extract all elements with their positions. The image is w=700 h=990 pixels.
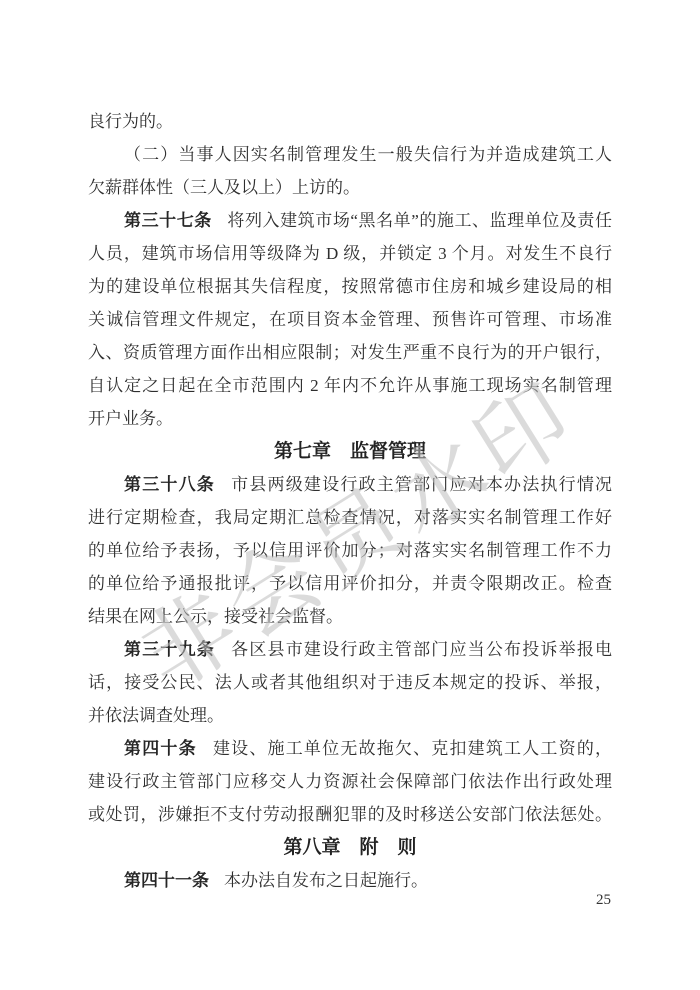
text-line: 进行定期检查，我局定期汇总检查情况，对落实实名制管理工作好 [88,501,612,534]
line-text: 建设行政主管部门应移交人力资源社会保障部门依法作出行政处理 [88,772,612,791]
text-line: 良行为的。 [88,105,612,138]
line-text: 为的建设单位根据其失信程度，按照常德市住房和城乡建设局的相 [88,277,612,296]
text-line: 关诚信管理文件规定，在项目资本金管理、预售许可管理、市场准 [88,303,612,336]
line-text: 第八章 附 则 [283,837,416,858]
line-text: 入、资质管理方面作出相应限制；对发生严重不良行为的开户银行， [88,343,612,362]
article-number: 第三十八条 [124,475,215,494]
chapter-heading: 第七章 监督管理 [88,435,612,468]
text-line: （二）当事人因实名制管理发生一般失信行为并造成建筑工人 [88,138,612,171]
line-text: 话，接受公民、法人或者其他组织对于违反本规定的投诉、举报， [88,673,612,692]
text-line: 的单位给予通报批评，予以信用评价扣分，并责令限期改正。检查 [88,567,612,600]
article-number: 第四十条 [124,739,197,758]
line-text: 人员，建筑市场信用等级降为 D 级，并锁定 3 个月。对发生不良行 [88,244,612,263]
document-lines: 良行为的。（二）当事人因实名制管理发生一般失信行为并造成建筑工人欠薪群体性（三人… [88,105,612,897]
line-text: 建设、施工单位无故拖欠、克扣建筑工人工资的， [212,739,612,758]
line-text: 良行为的。 [88,112,173,131]
text-line: 入、资质管理方面作出相应限制；对发生严重不良行为的开户银行， [88,336,612,369]
text-line: 自认定之日起在全市范围内 2 年内不允许从事施工现场实名制管理 [88,369,612,402]
text-line: 人员，建筑市场信用等级降为 D 级，并锁定 3 个月。对发生不良行 [88,237,612,270]
line-text: 欠薪群体性（三人及以上）上访的。 [88,178,360,197]
text-line: 的单位给予表扬，予以信用评价加分；对落实实名制管理工作不力 [88,534,612,567]
line-text: 的单位给予表扬，予以信用评价加分；对落实实名制管理工作不力 [88,541,612,560]
chapter-heading: 第八章 附 则 [88,831,612,864]
text-line: 话，接受公民、法人或者其他组织对于违反本规定的投诉、举报， [88,666,612,699]
line-text: 各区县市建设行政主管部门应当公布投诉举报电 [230,640,612,659]
text-line: 并依法调查处理。 [88,699,612,732]
text-line: 欠薪群体性（三人及以上）上访的。 [88,171,612,204]
line-text: 第七章 监督管理 [274,441,426,462]
line-text: 的单位给予通报批评，予以信用评价扣分，并责令限期改正。检查 [88,574,612,593]
line-text: 关诚信管理文件规定，在项目资本金管理、预售许可管理、市场准 [88,310,612,329]
line-text: 开户业务。 [88,409,173,428]
text-line: 开户业务。 [88,402,612,435]
text-line: 第三十七条将列入建筑市场“黑名单”的施工、监理单位及责任 [88,204,612,237]
text-line: 为的建设单位根据其失信程度，按照常德市住房和城乡建设局的相 [88,270,612,303]
text-line: 结果在网上公示，接受社会监督。 [88,600,612,633]
text-line: 第三十九条各区县市建设行政主管部门应当公布投诉举报电 [88,633,612,666]
line-text: （二）当事人因实名制管理发生一般失信行为并造成建筑工人 [124,145,612,164]
text-line: 第三十八条市县两级建设行政主管部门应对本办法执行情况 [88,468,612,501]
line-text: 并依法调查处理。 [88,706,224,725]
article-number: 第三十七条 [124,211,212,230]
document-page: 非会员水印 良行为的。（二）当事人因实名制管理发生一般失信行为并造成建筑工人欠薪… [0,0,700,990]
text-line: 或处罚，涉嫌拒不支付劳动报酬犯罪的及时移送公安部门依法惩处。 [88,798,612,831]
line-text: 将列入建筑市场“黑名单”的施工、监理单位及责任 [227,211,612,230]
line-text: 市县两级建设行政主管部门应对本办法执行情况 [230,475,612,494]
line-text: 或处罚，涉嫌拒不支付劳动报酬犯罪的及时移送公安部门依法惩处。 [88,805,612,824]
line-text: 结果在网上公示，接受社会监督。 [88,607,343,626]
page-number: 25 [596,892,611,909]
line-text: 进行定期检查，我局定期汇总检查情况，对落实实名制管理工作好 [88,508,612,527]
text-line: 第四十条建设、施工单位无故拖欠、克扣建筑工人工资的， [88,732,612,765]
text-line: 第四十一条本办法自发布之日起施行。 [88,864,612,897]
line-text: 本办法自发布之日起施行。 [224,871,428,890]
text-line: 建设行政主管部门应移交人力资源社会保障部门依法作出行政处理 [88,765,612,798]
article-number: 第四十一条 [124,871,209,890]
article-number: 第三十九条 [124,640,215,659]
line-text: 自认定之日起在全市范围内 2 年内不允许从事施工现场实名制管理 [88,376,612,395]
